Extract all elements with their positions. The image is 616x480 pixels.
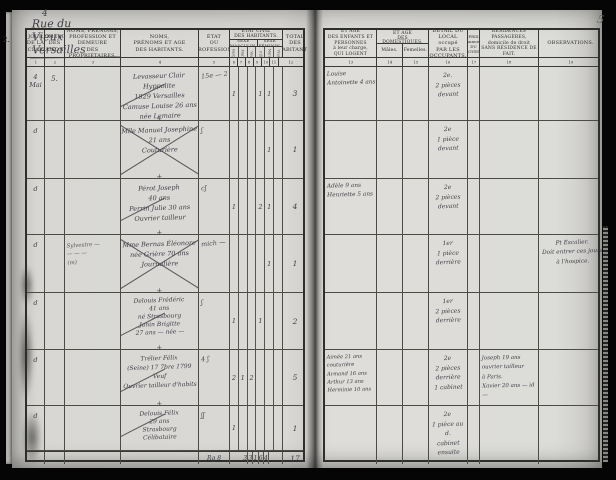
civil-mark xyxy=(230,121,239,178)
cell-proprietaire xyxy=(65,406,121,450)
table-row: d Sylvestre — — — — (m) Mme Bernas Éléon… xyxy=(27,235,303,293)
total-entry: 5 xyxy=(283,350,307,405)
cell-totals-label: Rg 8 xyxy=(199,452,230,464)
cell-local: 2e 1 pièce au d. cabinet ensuite xyxy=(429,406,468,464)
colnum-civil-group: 6 7 8 9 10 11 xyxy=(230,58,279,66)
sublabel-veuves: Veuves xyxy=(274,47,282,57)
tally-mark: + xyxy=(156,344,162,349)
cell-jour: d xyxy=(27,121,45,178)
total-entry: 1 xyxy=(283,121,307,178)
sublabel-text: Mariées xyxy=(267,49,271,57)
cell-prix xyxy=(468,350,480,405)
cell-jour: d xyxy=(27,350,45,405)
habitants-entry: Mme Bernas Éléonore née Grière 70 ans Jo… xyxy=(121,238,199,271)
etat-entry: mich — xyxy=(201,237,230,249)
tally-mark: + xyxy=(156,115,162,120)
cell-femelles xyxy=(403,350,429,405)
observations-entry: Pt Escalier. Doit entrer ces jours à l'h… xyxy=(541,238,602,268)
civil-mark xyxy=(230,235,239,292)
cell-civil: 1 1 1 xyxy=(230,67,283,120)
civil-mark: 1 xyxy=(265,235,274,292)
cell-prix xyxy=(468,67,480,120)
civil-mark xyxy=(248,67,257,120)
col-header-residences: RÉSIDENCES PASSAGÈRES, domicile de droit… xyxy=(480,30,539,57)
sexe-subheaders: SEXE MASCULIN. SEXE FÉMININ. xyxy=(230,40,282,47)
cell-local: 1er 1 pièce derrière xyxy=(429,235,468,292)
colnum: 6 xyxy=(230,58,238,66)
cell-residences: Joseph 19 ans ouvrier tailleur à Paris. … xyxy=(480,350,539,405)
right-table-header: NOMS, PRÉNOMS ET AGE DES ENFANTS ET PERS… xyxy=(325,30,598,58)
civil-mark xyxy=(265,293,274,349)
cell-prix xyxy=(468,121,480,178)
civil-mark: 1 xyxy=(256,67,265,120)
colnum: 1 xyxy=(27,58,45,66)
col-header-maisons: NUMÉROS DES MAISONS. xyxy=(45,30,65,57)
cell-total: 1 xyxy=(283,406,307,450)
civil-mark xyxy=(239,406,248,450)
civil-mark: 2 xyxy=(248,350,257,405)
colnum: 9 xyxy=(254,58,262,66)
habitants-entry: Delouis Frédéric 41 ans né Strasbourg Ja… xyxy=(121,296,199,339)
civil-mark: 1 xyxy=(230,67,239,120)
sublabel-garcons: Garçons xyxy=(230,47,239,57)
sublabel-text: Garçons xyxy=(232,49,236,57)
table-row: d Trélier Félix (Seine) 17 7bre 1799 Veu… xyxy=(27,350,303,406)
cell-empty xyxy=(45,452,65,464)
cell-local: 2e. 2 pièces devant xyxy=(429,67,468,120)
cell-maison xyxy=(45,293,65,349)
colnum: 5 xyxy=(199,58,230,66)
cell-enfants xyxy=(325,235,377,292)
cell-proprietaire xyxy=(65,350,121,405)
cell-prix xyxy=(468,179,480,234)
col-header-local: DÉTAIL DU LOCAL occupé PAR LES OCCUPANTS… xyxy=(429,30,468,57)
cell-total: 4 xyxy=(283,179,307,234)
cell-prix xyxy=(468,406,480,464)
civil-mark xyxy=(265,406,274,450)
cell-males xyxy=(377,293,403,349)
habitants-entry: Delouis Félix 29 ans Strasbourg Célibata… xyxy=(121,409,199,444)
cell-males xyxy=(377,350,403,405)
residences-entry: Joseph 19 ans ouvrier tailleur à Paris. … xyxy=(482,353,539,401)
cell-femelles xyxy=(403,406,429,464)
colnum: 16 xyxy=(429,58,468,66)
habitants-entry: Trélier Félix (Seine) 17 7bre 1799 Veuf … xyxy=(121,353,199,392)
totals-row: Rg 8 3 3 1 6 4 17 xyxy=(27,451,303,464)
table-row: d Mlle Manuel Josephine 21 ans Couturièr… xyxy=(27,121,303,179)
sexe-feminin-header: SEXE FÉMININ. xyxy=(258,40,282,46)
local-entry: 2e 2 pièces devant xyxy=(429,182,467,212)
cell-proprietaire: Sylvestre — — — — (m) xyxy=(65,235,121,292)
cell-empty xyxy=(121,452,199,464)
tally-mark: + xyxy=(156,400,162,405)
cell-observations xyxy=(539,121,602,178)
colnum: 3 xyxy=(65,58,121,66)
cell-maison xyxy=(45,406,65,450)
cell-local: 2e 2 pièces derrière 1 cabinet xyxy=(429,350,468,405)
cell-jour: d xyxy=(27,235,45,292)
civil-mark xyxy=(256,406,265,450)
enfants-entry: Louise Antoinette 4 ans xyxy=(327,69,377,88)
cell-habitants: Mme Bernas Éléonore née Grière 70 ans Jo… xyxy=(121,235,199,292)
grand-total: 17 xyxy=(283,452,307,464)
civil-mark xyxy=(274,179,282,234)
total-entry: 2 xyxy=(283,293,307,349)
colnum: 15 xyxy=(403,58,429,66)
civil-mark: 1 xyxy=(230,293,239,349)
civil-mark xyxy=(274,235,282,292)
total-entry: 3 xyxy=(283,67,307,120)
tally-mark: + xyxy=(156,229,162,234)
cell-observations xyxy=(539,350,602,405)
sublabel-text: Veufs xyxy=(250,51,254,57)
cell-enfants xyxy=(325,121,377,178)
jour-entry: d xyxy=(27,412,44,420)
jour-entry: d xyxy=(27,127,44,135)
colnum: 7 xyxy=(238,58,246,66)
left-column-numbers: 1 2 3 4 5 6 7 8 9 10 11 12 xyxy=(27,58,303,67)
cell-enfants xyxy=(325,406,377,464)
local-entry: 2e. 2 pièces devant xyxy=(429,70,467,100)
cell-maison xyxy=(45,121,65,178)
colnum: 19 xyxy=(539,58,602,66)
civil-mark xyxy=(274,406,282,450)
cell-etat: 4 ʃ xyxy=(199,350,230,405)
civil-mark xyxy=(256,121,265,178)
col-header-total: TOTAL DES HABITANTS. xyxy=(283,30,307,57)
sublabel-text: Filles xyxy=(258,51,262,57)
cell-males xyxy=(377,67,403,120)
col-header-enfants: NOMS, PRÉNOMS ET AGE DES ENFANTS ET PERS… xyxy=(325,30,377,57)
cell-males xyxy=(377,235,403,292)
cell-habitants: Delouis Félix 29 ans Strasbourg Célibata… xyxy=(121,406,199,450)
civil-mark xyxy=(239,121,248,178)
civil-mark: 1 xyxy=(256,293,265,349)
proprietaire-entry: Sylvestre — — — — (m) xyxy=(66,240,121,268)
colnum: 13 xyxy=(325,58,377,66)
cell-habitants: Levasseur Clair Hyppolite 1829 Versaille… xyxy=(121,67,199,120)
house-number: 5. xyxy=(45,75,64,83)
table-row: 4 Mai 5. Levasseur Clair Hyppolite 1829 … xyxy=(27,67,303,121)
habitants-entry: Levasseur Clair Hyppolite 1829 Versaille… xyxy=(121,70,199,120)
sublabel-text: Mariés xyxy=(241,50,245,57)
cell-proprietaire xyxy=(65,121,121,178)
civil-mark: 2 xyxy=(256,179,265,234)
civil-mark xyxy=(248,179,257,234)
cell-males xyxy=(377,406,403,464)
cell-civil: 1 xyxy=(230,406,283,450)
cell-total: 3 xyxy=(283,67,307,120)
col-header-jour: JOUR DE LA DÉCLARAT. xyxy=(27,30,45,57)
cell-prix xyxy=(468,293,480,349)
col-group-etat-civil: ÉTAT CIVIL DES HABITANTS. SEXE MASCULIN.… xyxy=(230,30,283,57)
civil-mark xyxy=(274,293,282,349)
col-header-prix: PRIX annuel DU LOYER. xyxy=(468,30,480,57)
jour-entry: d xyxy=(27,356,44,364)
cell-maison xyxy=(45,179,65,234)
domestiques-subheaders: Mâles. Femelles. xyxy=(377,44,428,57)
civil-mark: 2 xyxy=(230,350,239,405)
col-header-habitants: NOMS, PRÉNOMS ET AGE DES HABITANTS. xyxy=(121,30,199,57)
domestiques-group-title: NOMS, PRÉNOMS ET AGE DES DOMESTIQUES. xyxy=(377,30,428,44)
scanned-census-register: 4 Rue du Vieux Versailles 5 JOUR DE LA D… xyxy=(12,10,602,468)
colnum: 17 xyxy=(468,58,480,66)
femelles-header: Femelles. xyxy=(403,44,428,57)
cell-maison: 5. xyxy=(45,67,65,120)
col-header-observations: OBSERVATIONS. xyxy=(539,30,602,57)
civil-mark xyxy=(239,179,248,234)
cell-enfants: Louise Antoinette 4 ans xyxy=(325,67,377,120)
left-table-header: JOUR DE LA DÉCLARAT. NUMÉROS DES MAISONS… xyxy=(27,30,303,58)
cell-empty xyxy=(27,452,45,464)
sexe-masculin-header: SEXE MASCULIN. xyxy=(230,40,258,46)
colnum: 2 xyxy=(45,58,65,66)
etat-entry: ʃ xyxy=(201,123,230,135)
cell-femelles xyxy=(403,67,429,120)
table-row: 1er 1 pièce derrière Pt Escalier. Doit e… xyxy=(325,235,598,293)
local-entry: 1er 2 pièces derrière xyxy=(429,296,467,326)
table-row: Louise Antoinette 4 ans 2e. 2 pièces dev… xyxy=(325,67,598,121)
cell-residences xyxy=(480,179,539,234)
civil-mark xyxy=(248,235,257,292)
cell-local: 1er 2 pièces derrière xyxy=(429,293,468,349)
jour-entry: 4 Mai xyxy=(27,73,44,90)
civil-mark: 1 xyxy=(265,67,274,120)
etat-entry: cʃ xyxy=(201,181,230,193)
cell-habitants: Mlle Manuel Josephine 21 ans Couturière … xyxy=(121,121,199,178)
right-page-table: NOMS, PRÉNOMS ET AGE DES ENFANTS ET PERS… xyxy=(323,28,600,462)
cell-proprietaire xyxy=(65,179,121,234)
cell-femelles xyxy=(403,293,429,349)
cell-enfants xyxy=(325,293,377,349)
civil-mark: 1 xyxy=(265,121,274,178)
civil-mark xyxy=(256,350,265,405)
cell-males xyxy=(377,179,403,234)
sublabel-veufs: Veufs xyxy=(248,47,257,57)
civil-mark xyxy=(248,121,257,178)
cell-grand-total: 17 xyxy=(283,452,307,464)
microfilm-viewer-frame: 2. 4 Rue du Vieux Versailles 5 JOUR DE L… xyxy=(0,0,616,480)
page-binding-shadow xyxy=(306,10,323,468)
civil-mark xyxy=(265,350,274,405)
cell-habitants: Pérot Joseph 40 ans Perrin Julie 30 ans … xyxy=(121,179,199,234)
film-edge-text-strip xyxy=(603,226,608,462)
cell-local: 2e 1 pièce devant xyxy=(429,121,468,178)
cell-etat: 15e — 2 xyxy=(199,67,230,120)
cell-observations: Pt Escalier. Doit entrer ces jours à l'h… xyxy=(539,235,602,292)
civil-mark: 1 xyxy=(239,350,248,405)
cell-civil: 1 2 1 xyxy=(230,179,283,234)
cell-habitants: Trélier Félix (Seine) 17 7bre 1799 Veuf … xyxy=(121,350,199,405)
total-entry: 1 xyxy=(283,406,307,450)
cell-jour: d xyxy=(27,406,45,450)
cell-jour: 4 Mai xyxy=(27,67,45,120)
civil-mark xyxy=(248,406,257,450)
civil-mark xyxy=(248,293,257,349)
cell-etat: ʃ xyxy=(199,293,230,349)
cell-habitants: Delouis Frédéric 41 ans né Strasbourg Ja… xyxy=(121,293,199,349)
sublabel-text: Veuves xyxy=(276,50,280,57)
civil-mark: 1 xyxy=(230,179,239,234)
total-entry: 4 xyxy=(283,179,307,234)
local-entry: 2e 1 pièce au d. cabinet ensuite xyxy=(429,409,468,458)
colnum: 10 xyxy=(262,58,271,66)
civil-mark: 1 xyxy=(265,179,274,234)
civil-mark: 1 xyxy=(230,406,239,450)
cell-civil: 1 xyxy=(230,121,283,178)
tally-mark: + xyxy=(156,287,162,292)
cell-total: 5 xyxy=(283,350,307,405)
cell-observations xyxy=(539,179,602,234)
tally-mark: + xyxy=(156,173,162,178)
colnum: 12 xyxy=(279,58,303,66)
table-row: Adèle 9 ans Henriette 5 ans 2e 2 pièces … xyxy=(325,179,598,235)
cell-residences xyxy=(480,67,539,120)
colnum: 14 xyxy=(377,58,403,66)
cell-totals-civil: 3 3 1 6 4 xyxy=(230,452,283,464)
cell-etat: ʃ xyxy=(199,121,230,178)
cell-proprietaire xyxy=(65,67,121,120)
local-entry: 1er 1 pièce derrière xyxy=(429,238,467,268)
cell-maison xyxy=(45,235,65,292)
etat-entry: ʃ xyxy=(201,295,230,307)
sublabel-mariees: Mariées xyxy=(265,47,274,57)
civil-mark xyxy=(256,235,265,292)
cell-observations xyxy=(539,293,602,349)
cell-males xyxy=(377,121,403,178)
table-row: 1er 2 pièces derrière xyxy=(325,293,598,350)
cell-femelles xyxy=(403,235,429,292)
civil-mark xyxy=(239,235,248,292)
habitants-entry: Pérot Joseph 40 ans Perrin Julie 30 ans … xyxy=(121,182,199,225)
cell-jour: d xyxy=(27,179,45,234)
table-row: Aimée 21 ans couturière Armand 16 ans Ar… xyxy=(325,350,598,406)
cell-civil: 2 1 2 xyxy=(230,350,283,405)
cell-jour: d xyxy=(27,293,45,349)
sublabel-maries: Mariés xyxy=(239,47,248,57)
habitants-entry: Mlle Manuel Josephine 21 ans Couturière xyxy=(121,124,199,157)
jour-entry: d xyxy=(27,185,44,193)
col-header-proprietaires: NOMS, PRÉNOMS, PROFESSION ET DEMEURE DES… xyxy=(65,30,121,57)
table-row: 2e 1 pièce devant xyxy=(325,121,598,179)
cell-prix xyxy=(468,235,480,292)
cell-femelles xyxy=(403,121,429,178)
totals-label: Rg 8 xyxy=(207,455,221,462)
colnum: 8 xyxy=(246,58,254,66)
table-row: 2e 1 pièce au d. cabinet ensuite xyxy=(325,406,598,464)
cell-enfants: Aimée 21 ans couturière Armand 16 ans Ar… xyxy=(325,350,377,405)
cell-etat: mich — xyxy=(199,235,230,292)
colnum: 18 xyxy=(480,58,539,66)
etat-entry: 15e — 2 xyxy=(201,69,230,81)
civil-mark xyxy=(274,121,282,178)
enfants-entry: Adèle 9 ans Henriette 5 ans xyxy=(327,181,377,200)
table-row: d Delouis Frédéric 41 ans né Strasbourg … xyxy=(27,293,303,350)
local-entry: 2e 2 pièces derrière 1 cabinet xyxy=(429,353,468,393)
etat-entry: ʃʃ xyxy=(201,408,230,420)
civil-mark xyxy=(274,67,282,120)
right-column-numbers: 13 14 15 16 17 18 19 xyxy=(325,58,598,67)
left-page-table: JOUR DE LA DÉCLARAT. NUMÉROS DES MAISONS… xyxy=(25,28,305,462)
sublabel-filles: Filles xyxy=(256,47,265,57)
enfants-entry: Aimée 21 ans couturière Armand 16 ans Ar… xyxy=(326,352,377,395)
colnum: 11 xyxy=(270,58,278,66)
cell-etat: ʃʃ xyxy=(199,406,230,450)
cell-enfants: Adèle 9 ans Henriette 5 ans xyxy=(325,179,377,234)
civil-sublabels: Garçons Mariés Veufs Filles Mariées Veuv… xyxy=(230,47,282,57)
cell-maison xyxy=(45,350,65,405)
cell-femelles xyxy=(403,179,429,234)
civil-mark xyxy=(239,67,248,120)
cell-residences xyxy=(480,293,539,349)
jour-entry: d xyxy=(27,241,44,249)
cell-local: 2e 2 pièces devant xyxy=(429,179,468,234)
cell-civil: 1 1 xyxy=(230,293,283,349)
cell-civil: 1 xyxy=(230,235,283,292)
total-entry: 1 xyxy=(283,235,307,292)
cell-total: 1 xyxy=(283,121,307,178)
local-entry: 2e 1 pièce devant xyxy=(429,124,467,154)
civil-mark xyxy=(274,350,282,405)
col-group-domestiques: NOMS, PRÉNOMS ET AGE DES DOMESTIQUES. Mâ… xyxy=(377,30,429,57)
colnum: 4 xyxy=(121,58,199,66)
jour-entry: d xyxy=(27,299,44,307)
cell-residences xyxy=(480,121,539,178)
cell-etat: cʃ xyxy=(199,179,230,234)
cell-total: 2 xyxy=(283,293,307,349)
cell-residences xyxy=(480,406,539,464)
cell-total: 1 xyxy=(283,235,307,292)
civil-total: 4 xyxy=(264,452,269,464)
table-row: d Pérot Joseph 40 ans Perrin Julie 30 an… xyxy=(27,179,303,235)
cell-observations xyxy=(539,406,602,464)
table-row: d Delouis Félix 29 ans Strasbourg Céliba… xyxy=(27,406,303,451)
page-number: 5 xyxy=(596,12,606,26)
sheet-number: 2. xyxy=(3,36,10,44)
cell-observations xyxy=(539,67,602,120)
cell-empty xyxy=(65,452,121,464)
col-header-etat: ÉTAT OU PROFESSION. xyxy=(199,30,230,57)
etat-entry: 4 ʃ xyxy=(201,352,230,364)
cell-proprietaire xyxy=(65,293,121,349)
males-header: Mâles. xyxy=(377,44,403,57)
civil-mark xyxy=(239,293,248,349)
cell-residences xyxy=(480,235,539,292)
